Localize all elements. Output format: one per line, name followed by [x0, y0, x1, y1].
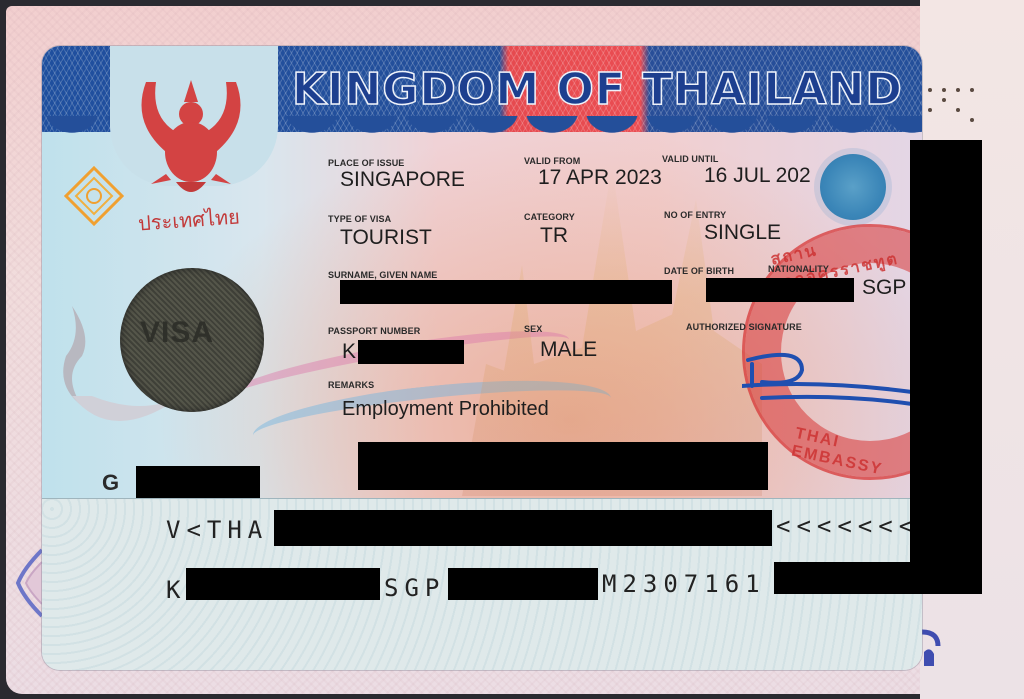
redacted-mrz-line2-tail — [774, 562, 982, 594]
redacted-date-of-birth — [706, 278, 854, 302]
value-category: TR — [540, 224, 568, 248]
mrz-line1-suffix: <<<<<<< — [776, 512, 919, 540]
value-type-of-visa: TOURIST — [340, 226, 432, 250]
signature-scribble — [742, 346, 922, 416]
hologram-text: VISA — [140, 316, 214, 350]
label-type-of-visa: TYPE OF VISA — [328, 214, 391, 224]
document-title: KINGDOM OF THAILAND — [292, 64, 903, 115]
label-date-of-birth: DATE OF BIRTH — [664, 266, 734, 276]
value-remarks: Employment Prohibited — [342, 398, 549, 421]
mrz-line1-prefix: V<THA — [166, 516, 268, 544]
value-place-of-issue: SINGAPORE — [340, 168, 465, 192]
value-valid-until: 16 JUL 202 — [704, 164, 811, 188]
value-nationality: SGP — [862, 276, 906, 300]
label-valid-until: VALID UNTIL — [662, 154, 718, 164]
visa-number-prefix: G — [102, 470, 119, 496]
redacted-name — [340, 280, 672, 304]
redacted-mrz-segment — [448, 568, 598, 600]
label-no-of-entry: NO OF ENTRY — [664, 210, 726, 220]
label-valid-from: VALID FROM — [524, 156, 580, 166]
redacted-right-edge — [910, 140, 982, 592]
label-passport-number: PASSPORT NUMBER — [328, 326, 420, 336]
ornament-icon — [14, 548, 44, 618]
lotus-hologram-icon — [64, 166, 124, 226]
thai-country-name: ประเทศไทย — [137, 200, 241, 239]
label-remarks: REMARKS — [328, 380, 374, 390]
redacted-mrz-line1 — [274, 510, 772, 546]
garuda-emblem-icon — [126, 62, 256, 202]
redacted-passport-number — [358, 340, 464, 364]
perforation-dots — [928, 84, 978, 124]
blue-seal-icon — [820, 154, 886, 220]
label-surname-given-name: SURNAME, GIVEN NAME — [328, 270, 437, 280]
mrz-line2-part3: M2307161 — [602, 570, 766, 598]
value-valid-from: 17 APR 2023 — [538, 166, 662, 190]
label-category: CATEGORY — [524, 212, 575, 222]
label-nationality: NATIONALITY — [768, 264, 829, 274]
redacted-visa-number — [136, 466, 260, 498]
redacted-mrz-segment — [186, 568, 380, 600]
value-sex: MALE — [540, 338, 597, 362]
value-no-of-entry: SINGLE — [704, 221, 781, 245]
label-place-of-issue: PLACE OF ISSUE — [328, 158, 404, 168]
mrz-line2-part2: SGP — [384, 574, 445, 602]
label-authorized-signature: AUTHORIZED SIGNATURE — [686, 322, 802, 332]
value-passport-prefix: K — [342, 340, 356, 364]
label-sex: SEX — [524, 324, 542, 334]
mrz-line2-part1: K — [166, 576, 186, 604]
redacted-field — [358, 442, 768, 490]
